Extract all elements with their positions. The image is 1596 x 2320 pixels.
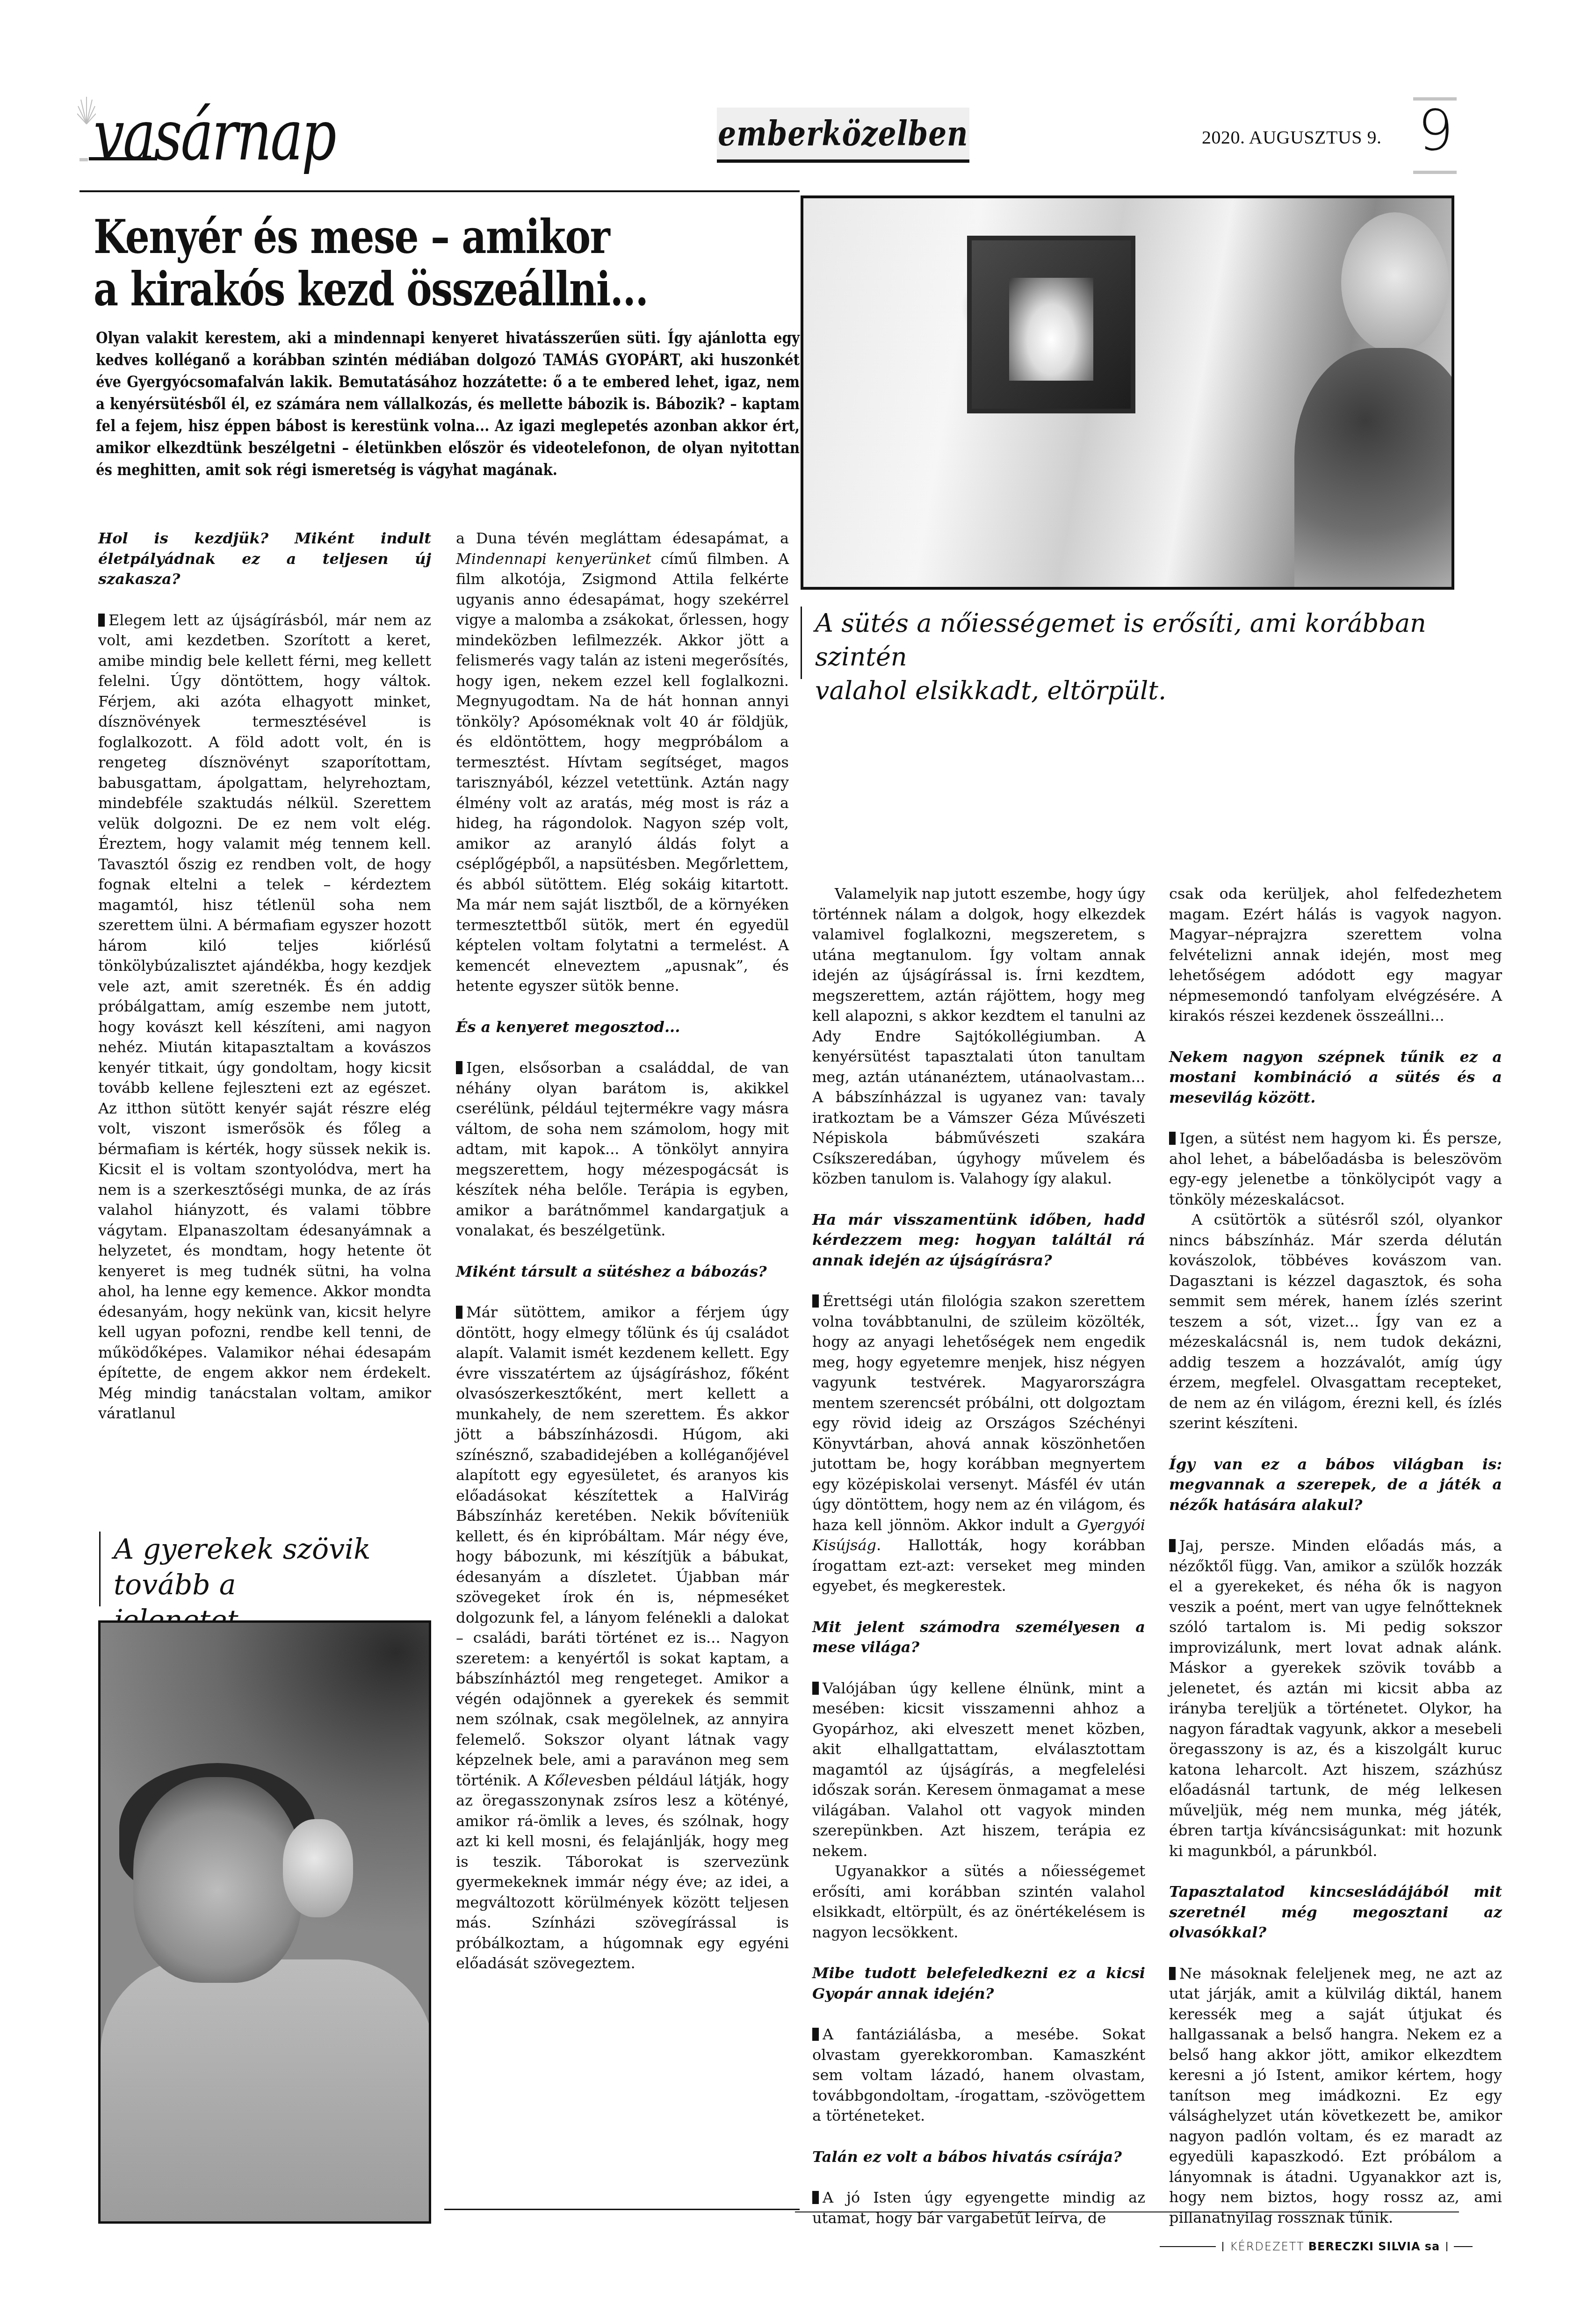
- bottom-rule: [795, 2212, 1459, 2212]
- interview-answer: Ne másoknak feleljenek meg, ne azt az ut…: [1169, 1964, 1502, 2228]
- sunburst-icon: [77, 96, 96, 129]
- interview-answer: Valójában úgy kellene élnünk, mint a mes…: [812, 1678, 1145, 1862]
- film-title: Mindennapi kenyerünket: [456, 550, 651, 568]
- interview-answer: A fantáziálásba, a mesébe. Sokat olvasta…: [812, 2024, 1145, 2126]
- answer-marker-icon: [812, 1294, 819, 1308]
- photo-puppeteer: [98, 1620, 431, 2224]
- photo-oven: [801, 195, 1454, 590]
- byline-divider: [1222, 2242, 1223, 2251]
- headline-line-1: Kenyér és mese – amikor: [94, 209, 609, 264]
- pull-quote-baking: A sütés a nőiességemet is erősíti, ami k…: [801, 607, 1521, 679]
- oven-door-shape: [967, 236, 1135, 413]
- interview-question: És a kenyeret megosztod...: [456, 1017, 789, 1038]
- article-headline: Kenyér és mese – amikor a kirakós kezd ö…: [94, 210, 669, 315]
- logo-underline-accent: [79, 158, 88, 161]
- interview-question: Ha már visszamentünk időben, hadd kérdez…: [812, 1210, 1145, 1271]
- pull-quote-line: A gyerekek szövik: [114, 1532, 380, 1567]
- answer-marker-icon: [1169, 1539, 1176, 1552]
- interview-answer: Jaj, persze. Minden előadás más, a nézők…: [1169, 1536, 1502, 1861]
- interview-answer: Már sütöttem, amikor a férjem úgy döntöt…: [456, 1302, 789, 1974]
- interview-answer: Elegem lett az újságírásból, már nem az …: [98, 610, 431, 1424]
- interview-answer-paragraph: Ugyanakkor a sütés a nőiességemet erősít…: [812, 1861, 1145, 1943]
- logo-underline: [89, 157, 157, 160]
- article-lead: Olyan valakit kerestem, aki a mindennapi…: [96, 327, 800, 481]
- oven-fire-shape: [1009, 278, 1093, 381]
- interview-answer-continued: a Duna tévén megláttam édesapámat, a Min…: [456, 528, 789, 997]
- byline-label: KÉRDEZETT: [1230, 2240, 1305, 2253]
- interview-question: Miként társult a sütéshez a bábozás?: [456, 1262, 789, 1282]
- article-column-3: Valamelyik nap jutott eszembe, hogy úgy …: [812, 884, 1145, 2228]
- interview-question: Tapasztalatod kincsesládájából mit szere…: [1169, 1882, 1502, 1943]
- photo-shirt-shape: [101, 1959, 431, 2224]
- issue-date: 2020. AUGUSZTUS 9.: [1202, 126, 1382, 148]
- byline-author: BERECZKI SILVIA sa: [1308, 2240, 1440, 2253]
- pull-quote-line: valahol elsikkadt, eltörpült.: [815, 674, 1521, 708]
- interview-question: Talán ez volt a bábos hivatás csírája?: [812, 2147, 1145, 2168]
- answer-marker-icon: [812, 2028, 819, 2041]
- interview-answer-continued: Valamelyik nap jutott eszembe, hogy úgy …: [812, 884, 1145, 1189]
- headline-rule: [79, 190, 800, 192]
- byline-rule: [1454, 2246, 1473, 2247]
- photo-puppet-head-shape: [283, 1819, 353, 1917]
- interview-answer-paragraph: A csütörtök a sütésről szól, olyankor ni…: [1169, 1210, 1502, 1434]
- article-column-4: csak oda kerüljek, ahol felfedezhetem ma…: [1169, 884, 1502, 2228]
- photo-face-shape: [133, 1777, 302, 1983]
- byline-divider: [1446, 2242, 1447, 2251]
- interview-answer: Érettségi után filológia szakon szerette…: [812, 1291, 1145, 1597]
- interview-question: Hol is kezdjük? Miként indult életpályád…: [98, 528, 431, 590]
- interview-question: Mibe tudott belefeledkezni ez a kicsi Gy…: [812, 1963, 1145, 2004]
- interview-answer: A jó Isten úgy egyengette mindig az utam…: [812, 2188, 1145, 2228]
- article-column-2: a Duna tévén megláttam édesapámat, a Min…: [456, 528, 789, 1974]
- answer-marker-icon: [812, 1682, 819, 1695]
- page-number: 9: [1417, 103, 1454, 159]
- interview-question: Így van ez a bábos világban is: megvanna…: [1169, 1454, 1502, 1516]
- answer-marker-icon: [98, 614, 105, 627]
- headline-line-2: a kirakós kezd összeállni...: [94, 261, 648, 317]
- page-number-rule-bottom: [1413, 171, 1457, 174]
- play-title: Kőleves: [544, 1771, 603, 1789]
- photo-child-figure: [1341, 212, 1449, 353]
- answer-marker-icon: [456, 1061, 462, 1074]
- pull-quote-line: A sütés a nőiességemet is erősíti, ami k…: [815, 607, 1521, 674]
- interview-answer: Igen, elsősorban a családdal, de van néh…: [456, 1058, 789, 1241]
- answer-marker-icon: [456, 1306, 462, 1319]
- byline-rule: [1160, 2246, 1216, 2247]
- section-label: emberközelben: [717, 108, 969, 163]
- pull-quote-children: A gyerekek szövik tovább a jelenetet...: [99, 1532, 380, 1606]
- article-column-1: Hol is kezdjük? Miként indult életpályád…: [98, 528, 431, 1424]
- byline: KÉRDEZETT BERECZKI SILVIA sa: [1160, 2240, 1496, 2253]
- photo-woman-figure: [1294, 348, 1454, 590]
- interview-question: Nekem nagyon szépnek tűnik ez a mostani …: [1169, 1047, 1502, 1108]
- bottom-rule: [444, 2209, 800, 2210]
- interview-answer: Igen, a sütést nem hagyom ki. És persze,…: [1169, 1128, 1502, 1210]
- answer-marker-icon: [1169, 1132, 1176, 1145]
- interview-question: Mit jelent számodra személyesen a mese v…: [812, 1617, 1145, 1658]
- interview-answer-continued: csak oda kerüljek, ahol felfedezhetem ma…: [1169, 884, 1502, 1026]
- section-title: emberközelben: [718, 114, 968, 153]
- answer-marker-icon: [812, 2191, 819, 2204]
- answer-marker-icon: [1169, 1967, 1176, 1980]
